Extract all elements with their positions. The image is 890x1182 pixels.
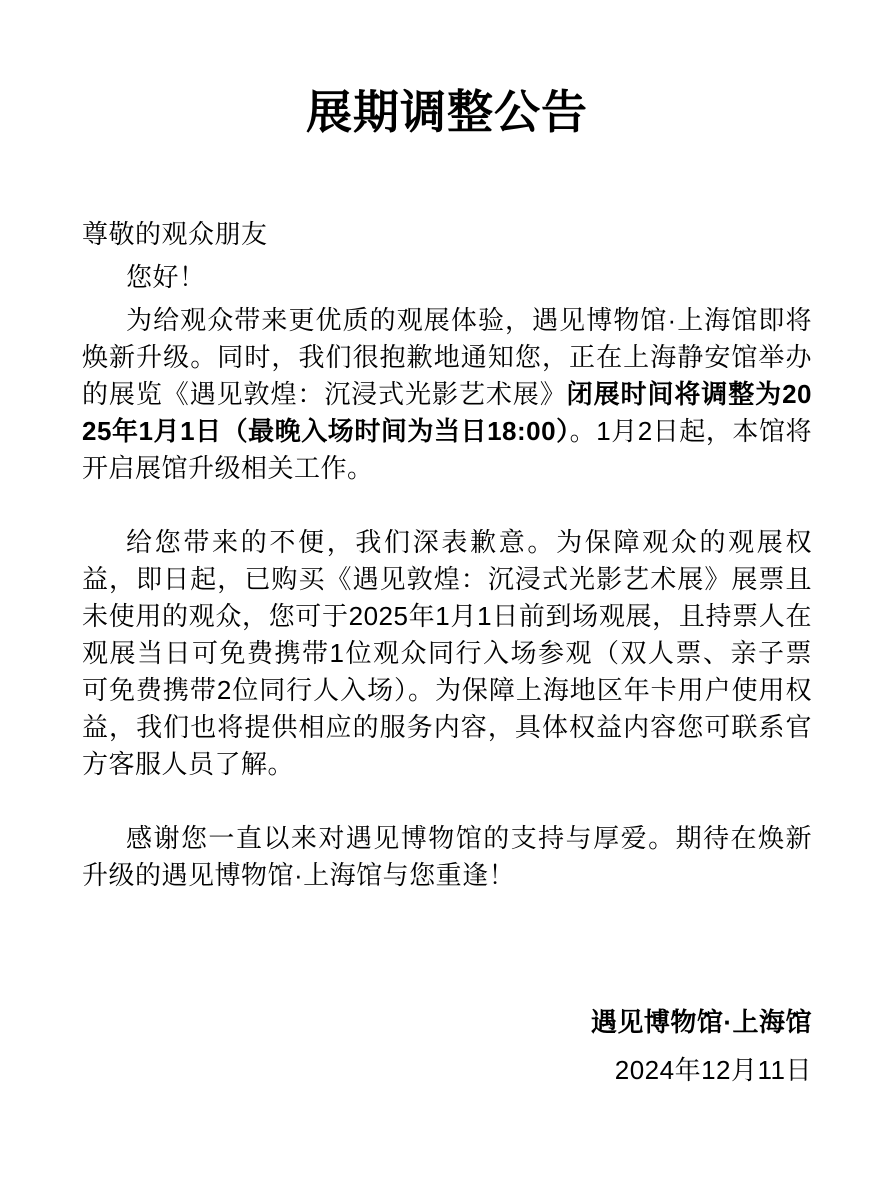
salutation-line: 尊敬的观众朋友 xyxy=(82,216,812,253)
greeting-line: 您好！ xyxy=(82,259,812,296)
signature-block: 遇见博物馆·上海馆 2024年12月11日 xyxy=(82,1004,812,1089)
signature-date: 2024年12月11日 xyxy=(82,1052,812,1089)
announcement-document: 展期调整公告 尊敬的观众朋友 您好！ 为给观众带来更优质的观展体验，遇见博物馆·… xyxy=(0,0,890,1182)
signature-museum-name: 遇见博物馆·上海馆 xyxy=(82,1004,812,1041)
paragraph-ticket-policy: 给您带来的不便，我们深表歉意。为保障观众的观展权益，即日起，已购买《遇见敦煌：沉… xyxy=(82,524,812,783)
paragraph-closure-notice: 为给观众带来更优质的观展体验，遇见博物馆·上海馆即将焕新升级。同时，我们很抱歉地… xyxy=(82,302,812,487)
paragraph-thanks: 感谢您一直以来对遇见博物馆的支持与厚爱。期待在焕新升级的遇见博物馆·上海馆与您重… xyxy=(82,820,812,894)
page-title: 展期调整公告 xyxy=(82,0,812,138)
document-body: 尊敬的观众朋友 您好！ 为给观众带来更优质的观展体验，遇见博物馆·上海馆即将焕新… xyxy=(82,216,812,1089)
